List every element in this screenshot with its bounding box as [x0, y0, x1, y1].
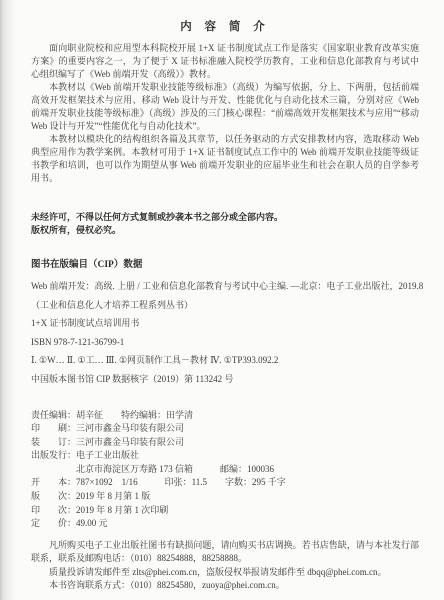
- intro-section: 面向职业院校和应用型本科院校开展 1+X 证书制度试点工作是落实《国家职业教育改…: [31, 42, 419, 185]
- intro-paragraph: 面向职业院校和应用型本科院校开展 1+X 证书制度试点工作是落实《国家职业教育改…: [31, 42, 419, 81]
- colophon-value: 2019 年 8 月第 1 版: [76, 491, 150, 501]
- colophon-label: 版 次：: [31, 490, 76, 504]
- book-copyright-page: 内 容 简 介 面向职业院校和应用型本科院校开展 1+X 证书制度试点工作是落实…: [0, 0, 444, 600]
- colophon-row: 印 刷：三河市鑫金马印装有限公司: [31, 422, 419, 436]
- cip-line: 中国版本图书馆 CIP 数据核字（2019）第 113242 号: [31, 373, 419, 385]
- cip-line: ISBN 978-7-121-36799-1: [31, 336, 419, 348]
- colophon-section: 责任编辑：胡辛征 特约编辑：田学清 印 刷：三河市鑫金马印装有限公司 装 订：三…: [31, 409, 419, 531]
- colophon-value: 电子工业出版社: [76, 450, 139, 460]
- note-paragraph: 凡所购买电子工业出版社图书有缺损问题，请向购买书店调换。若书店售缺，请与本社发行…: [31, 539, 419, 566]
- colophon-value: 49.00 元: [76, 518, 108, 528]
- copyright-notice-line: 未经许可，不得以任何方式复制或抄袭本书之部分或全部内容。: [31, 211, 419, 224]
- colophon-row: 装 订：三河市鑫金马印装有限公司: [31, 436, 419, 450]
- colophon-label: [31, 463, 76, 477]
- colophon-label: 定 价：: [31, 517, 76, 531]
- colophon-value: 787×1092 1/16 印张：11.5 字数：295 千字: [76, 477, 286, 487]
- note-paragraph: 本书咨询联系方式：（010）88254580，zuoya@phei.com.cn…: [31, 579, 419, 593]
- note-paragraph: 质量投诉请发邮件至 zlts@phei.com.cn，盗版侵权举报请发邮件至 d…: [31, 566, 419, 580]
- copyright-notice: 未经许可，不得以任何方式复制或抄袭本书之部分或全部内容。 版权所有，侵权必究。: [31, 211, 419, 237]
- page-title: 内 容 简 介: [31, 21, 419, 34]
- cip-line: 1+X 证书制度试点培训用书: [31, 317, 419, 329]
- colophon-row: 开 本：787×1092 1/16 印张：11.5 字数：295 千字: [31, 476, 419, 490]
- intro-paragraph: 本教材以模块化的结构组织各篇及其章节，以任务驱动的方式安排教材内容，选取移动 W…: [31, 133, 419, 185]
- copyright-notice-line: 版权所有，侵权必究。: [31, 224, 419, 237]
- page-edge-shadow: [0, 0, 16, 600]
- colophon-value: 北京市海淀区万寿路 173 信箱 邮编：100036: [76, 464, 274, 474]
- cip-line: Ⅰ. ①W… Ⅱ. ①工… Ⅲ. ①网页制作工具－教材 Ⅳ. ①TP393.09…: [31, 354, 419, 366]
- colophon-value: 三河市鑫金马印装有限公司: [76, 437, 184, 447]
- colophon-value: 三河市鑫金马印装有限公司: [76, 423, 184, 433]
- colophon-label: 开 本：: [31, 476, 76, 490]
- intro-paragraph: 本教材以《Web 前端开发职业技能等级标准》（高级）为编写依据，分上、下两册，包…: [31, 81, 419, 133]
- colophon-label: 出版发行：: [31, 449, 76, 463]
- colophon-value: 2019 年 8 月第 1 次印刷: [76, 505, 168, 515]
- colophon-label: 印 刷：: [31, 422, 76, 436]
- page-content: 内 容 简 介 面向职业院校和应用型本科院校开展 1+X 证书制度试点工作是落实…: [31, 21, 419, 593]
- colophon-label: 责任编辑：: [31, 409, 76, 423]
- cip-heading: 图书在版编目（CIP）数据: [31, 259, 419, 272]
- colophon-row: 版 次：2019 年 8 月第 1 版: [31, 490, 419, 504]
- cip-line: （工业和信息化人才培养工程系列丛书）: [31, 299, 419, 311]
- colophon-row: 定 价：49.00 元: [31, 517, 419, 531]
- colophon-value: 胡辛征 特约编辑：田学清: [76, 410, 193, 420]
- colophon-label: 印 次：: [31, 504, 76, 518]
- colophon-row: 印 次：2019 年 8 月第 1 次印刷: [31, 504, 419, 518]
- purchase-notes-section: 凡所购买电子工业出版社图书有缺损问题，请向购买书店调换。若书店售缺，请与本社发行…: [31, 539, 419, 593]
- cip-data-section: Web 前端开发：高级. 上册 / 工业和信息化部教育与考试中心主编. —北京：…: [31, 280, 419, 385]
- colophon-row: 责任编辑：胡辛征 特约编辑：田学清: [31, 409, 419, 423]
- colophon-label: 装 订：: [31, 436, 76, 450]
- colophon-row: 北京市海淀区万寿路 173 信箱 邮编：100036: [31, 463, 419, 477]
- colophon-row: 出版发行：电子工业出版社: [31, 449, 419, 463]
- cip-line: Web 前端开发：高级. 上册 / 工业和信息化部教育与考试中心主编. —北京：…: [31, 280, 419, 292]
